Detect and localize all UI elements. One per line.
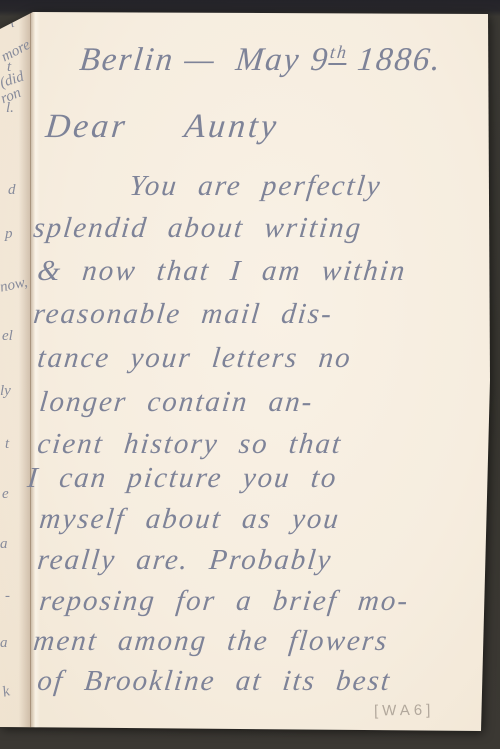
previous-page-text-fragment: ly — [0, 384, 11, 399]
body-line: tance your letters no — [36, 344, 353, 373]
previous-page-text-fragment: d — [8, 183, 16, 198]
place-name: Berlin — — [78, 42, 218, 78]
body-line: ment among the flowers — [32, 627, 390, 656]
body-line: splendid about writing — [32, 214, 364, 243]
letter-scan-viewport: { "scene": { "background_color": "#38363… — [0, 0, 500, 749]
previous-page-text-fragment: a — [0, 537, 8, 552]
catalog-annotation: [WA6] — [374, 701, 435, 719]
date-text: May 9 — [234, 42, 331, 78]
date-ordinal: th — [329, 42, 349, 65]
body-line: & now that I am within — [36, 257, 408, 286]
previous-page-text-fragment: e — [2, 487, 9, 502]
previous-page-edge — [0, 12, 31, 728]
body-line: of Brookline at its best — [36, 667, 393, 696]
previous-page-text-fragment: p — [5, 227, 13, 242]
body-line: longer contain an- — [38, 388, 315, 417]
body-line: You are perfectly — [128, 172, 383, 201]
previous-page-text-fragment: a — [0, 636, 8, 651]
body-line: cient history so that — [36, 430, 344, 459]
paper-shadow-wrap: l more t (did ron l. d p now, el ly t e … — [0, 0, 500, 749]
date-line: Berlin —May 9th 1886. — [78, 44, 443, 77]
body-line: reposing for a brief mo- — [38, 587, 411, 616]
body-line: I can picture you to — [26, 464, 339, 493]
previous-page-text-fragment: - — [5, 589, 10, 604]
body-line: myself about as you — [38, 505, 342, 534]
previous-page-text-fragment: t — [5, 437, 9, 452]
previous-page-text-fragment: el — [2, 329, 13, 344]
body-line: reasonable mail dis- — [32, 300, 334, 329]
year-text: 1886. — [356, 42, 444, 78]
salutation: Dear Aunty — [44, 110, 281, 144]
letter-page: l more t (did ron l. d p now, el ly t e … — [0, 0, 500, 749]
body-line: really are. Probably — [36, 546, 334, 575]
previous-page-text-fragment: l. — [6, 101, 14, 116]
